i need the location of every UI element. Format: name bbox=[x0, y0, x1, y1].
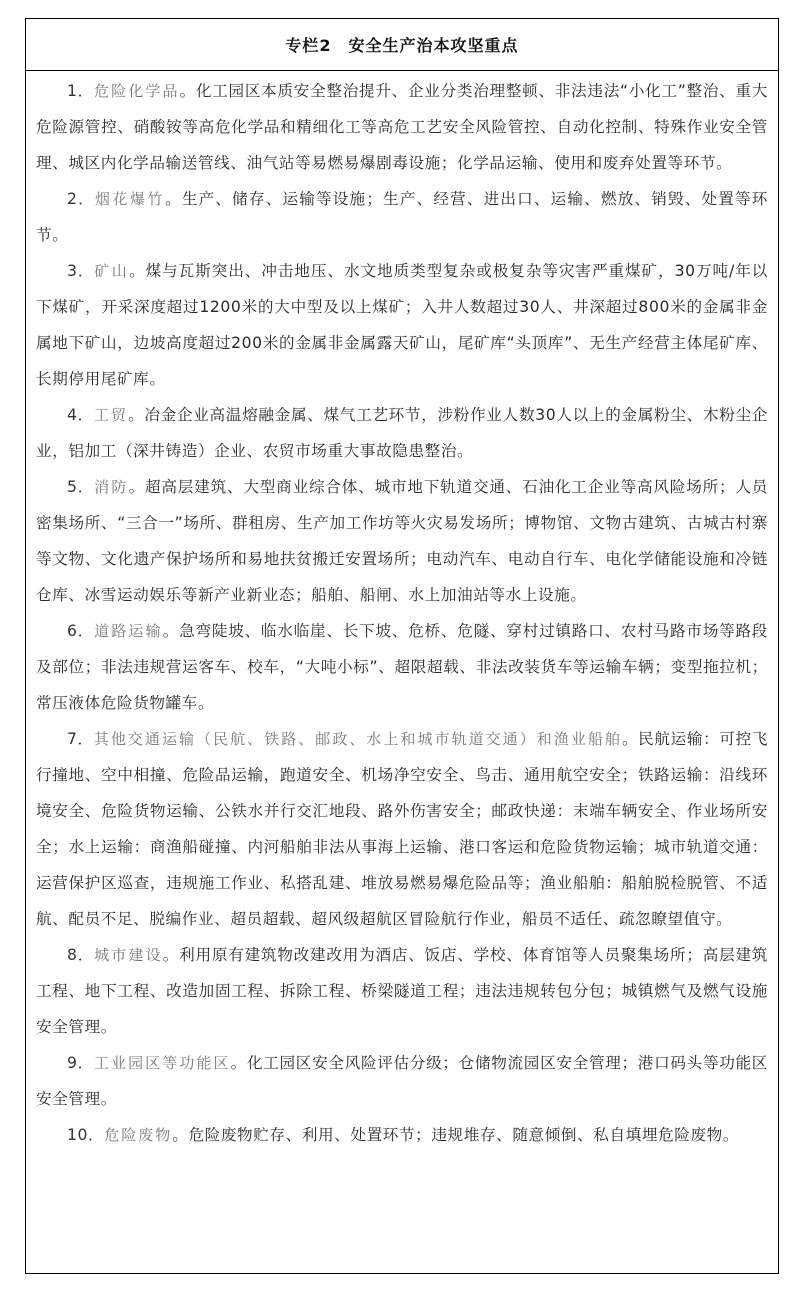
item-text: 。危险废物贮存、利用、处置环节；违规堆存、随意倾倒、私自填埋危险废物。 bbox=[172, 1126, 739, 1144]
list-item-5: 5．消防。超高层建筑、大型商业综合体、城市地下轨道交通、石油化工企业等高风险场所… bbox=[36, 469, 768, 613]
item-number: 2． bbox=[67, 190, 95, 208]
item-category: 烟花爆竹 bbox=[95, 190, 165, 208]
item-category: 危险化学品 bbox=[94, 82, 180, 100]
item-number: 5． bbox=[67, 478, 94, 496]
list-item-2: 2．烟花爆竹。生产、储存、运输等设施；生产、经营、进出口、运输、燃放、销毁、处置… bbox=[36, 181, 768, 253]
item-number: 1． bbox=[67, 82, 94, 100]
item-number: 9． bbox=[67, 1054, 94, 1072]
item-category: 其他交通运输（民航、铁路、邮政、水上和城市轨道交通）和渔业船舶 bbox=[94, 730, 622, 748]
item-category: 工贸 bbox=[94, 406, 128, 424]
item-text: 。超高层建筑、大型商业综合体、城市地下轨道交通、石油化工企业等高风险场所；人员密… bbox=[36, 478, 768, 604]
table-header: 专栏2 安全生产治本攻坚重点 bbox=[26, 19, 778, 71]
list-item-3: 3．矿山。煤与瓦斯突出、冲击地压、水文地质类型复杂或极复杂等灾害严重煤矿，30万… bbox=[36, 253, 768, 397]
item-category: 城市建设 bbox=[94, 946, 163, 964]
table-title: 专栏2 安全生产治本攻坚重点 bbox=[285, 33, 518, 56]
item-number: 10． bbox=[67, 1126, 104, 1144]
focus-table: 专栏2 安全生产治本攻坚重点 1．危险化学品。化工园区本质安全整治提升、企业分类… bbox=[25, 18, 779, 1274]
list-item-1: 1．危险化学品。化工园区本质安全整治提升、企业分类治理整顿、非法违法“小化工”整… bbox=[36, 73, 768, 181]
list-item-8: 8．城市建设。利用原有建筑物改建改用为酒店、饭店、学校、体育馆等人员聚集场所；高… bbox=[36, 937, 768, 1045]
table-body: 1．危险化学品。化工园区本质安全整治提升、企业分类治理整顿、非法违法“小化工”整… bbox=[26, 71, 778, 1153]
list-item-6: 6．道路运输。急弯陡坡、临水临崖、长下坡、危桥、危隧、穿村过镇路口、农村马路市场… bbox=[36, 613, 768, 721]
item-category: 工业园区等功能区 bbox=[94, 1054, 231, 1072]
item-number: 7． bbox=[67, 730, 94, 748]
item-category: 危险废物 bbox=[104, 1126, 172, 1144]
item-number: 4． bbox=[67, 406, 94, 424]
item-text: 。民航运输：可控飞行撞地、空中相撞、危险品运输，跑道安全、机场净空安全、鸟击、通… bbox=[36, 730, 768, 928]
list-item-7: 7．其他交通运输（民航、铁路、邮政、水上和城市轨道交通）和渔业船舶。民航运输：可… bbox=[36, 721, 768, 937]
list-item-4: 4．工贸。冶金企业高温熔融金属、煤气工艺环节，涉粉作业人数30人以上的金属粉尘、… bbox=[36, 397, 768, 469]
item-category: 消防 bbox=[94, 478, 128, 496]
item-number: 8． bbox=[67, 946, 94, 964]
item-category: 道路运输 bbox=[94, 622, 163, 640]
item-text: 。煤与瓦斯突出、冲击地压、水文地质类型复杂或极复杂等灾害严重煤矿，30万吨/年以… bbox=[36, 262, 768, 388]
item-category: 矿山 bbox=[94, 262, 129, 280]
item-text: 。冶金企业高温熔融金属、煤气工艺环节，涉粉作业人数30人以上的金属粉尘、木粉尘企… bbox=[36, 406, 768, 460]
item-number: 3． bbox=[67, 262, 94, 280]
list-item-10: 10．危险废物。危险废物贮存、利用、处置环节；违规堆存、随意倾倒、私自填埋危险废… bbox=[36, 1117, 768, 1153]
list-item-9: 9．工业园区等功能区。化工园区安全风险评估分级；仓储物流园区安全管理；港口码头等… bbox=[36, 1045, 768, 1117]
item-number: 6． bbox=[67, 622, 94, 640]
